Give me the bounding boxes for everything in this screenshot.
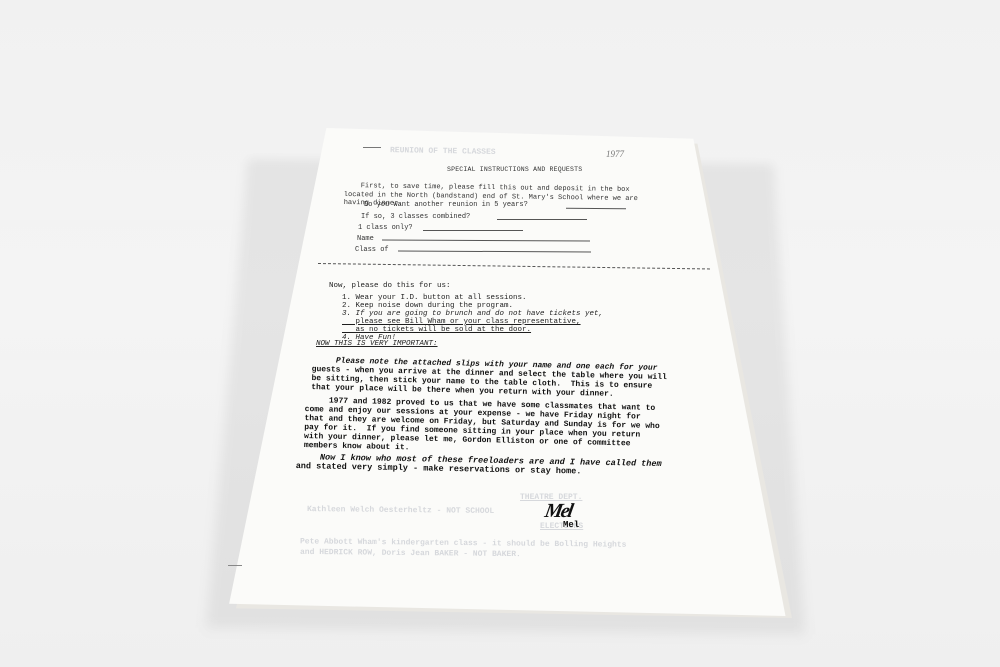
list-item: 2. Keep noise down during the program.: [342, 302, 603, 310]
form-label-name: Name: [357, 235, 374, 243]
form-label-class-of: Class of: [355, 246, 389, 254]
pencil-mark: [228, 565, 242, 566]
list-item: please see Bill Wham or your class repre…: [342, 318, 603, 326]
form-question-one-class: 1 class only?: [358, 224, 413, 232]
answer-blank-combined[interactable]: [497, 219, 587, 220]
handwritten-year: 1977: [606, 149, 624, 159]
paragraph-freeloaders: 1977 and 1982 proved to us that we have …: [304, 396, 660, 458]
answer-blank-one-class[interactable]: [423, 230, 523, 231]
instructions-list: 1. Wear your I.D. button at all sessions…: [342, 294, 603, 342]
list-item: as no tickets will be sold at the door.: [342, 326, 603, 334]
document-title: SPECIAL INSTRUCTIONS AND REQUESTS: [447, 166, 582, 173]
signature-name: Mel: [563, 520, 579, 530]
list-item: 1. Wear your I.D. button at all sessions…: [342, 294, 603, 302]
pencil-mark: [363, 147, 381, 148]
bleed-through-header: REUNION OF THE CLASSES: [390, 146, 496, 157]
instructions-lead: Now, please do this for us:: [329, 282, 451, 290]
form-question-combined: If so, 3 classes combined?: [361, 213, 470, 221]
form-question-reunion: Do you want another reunion in 5 years?: [364, 201, 528, 209]
important-heading: NOW THIS IS VERY IMPORTANT:: [316, 340, 438, 348]
list-item: 3. If you are going to brunch and do not…: [342, 310, 603, 318]
